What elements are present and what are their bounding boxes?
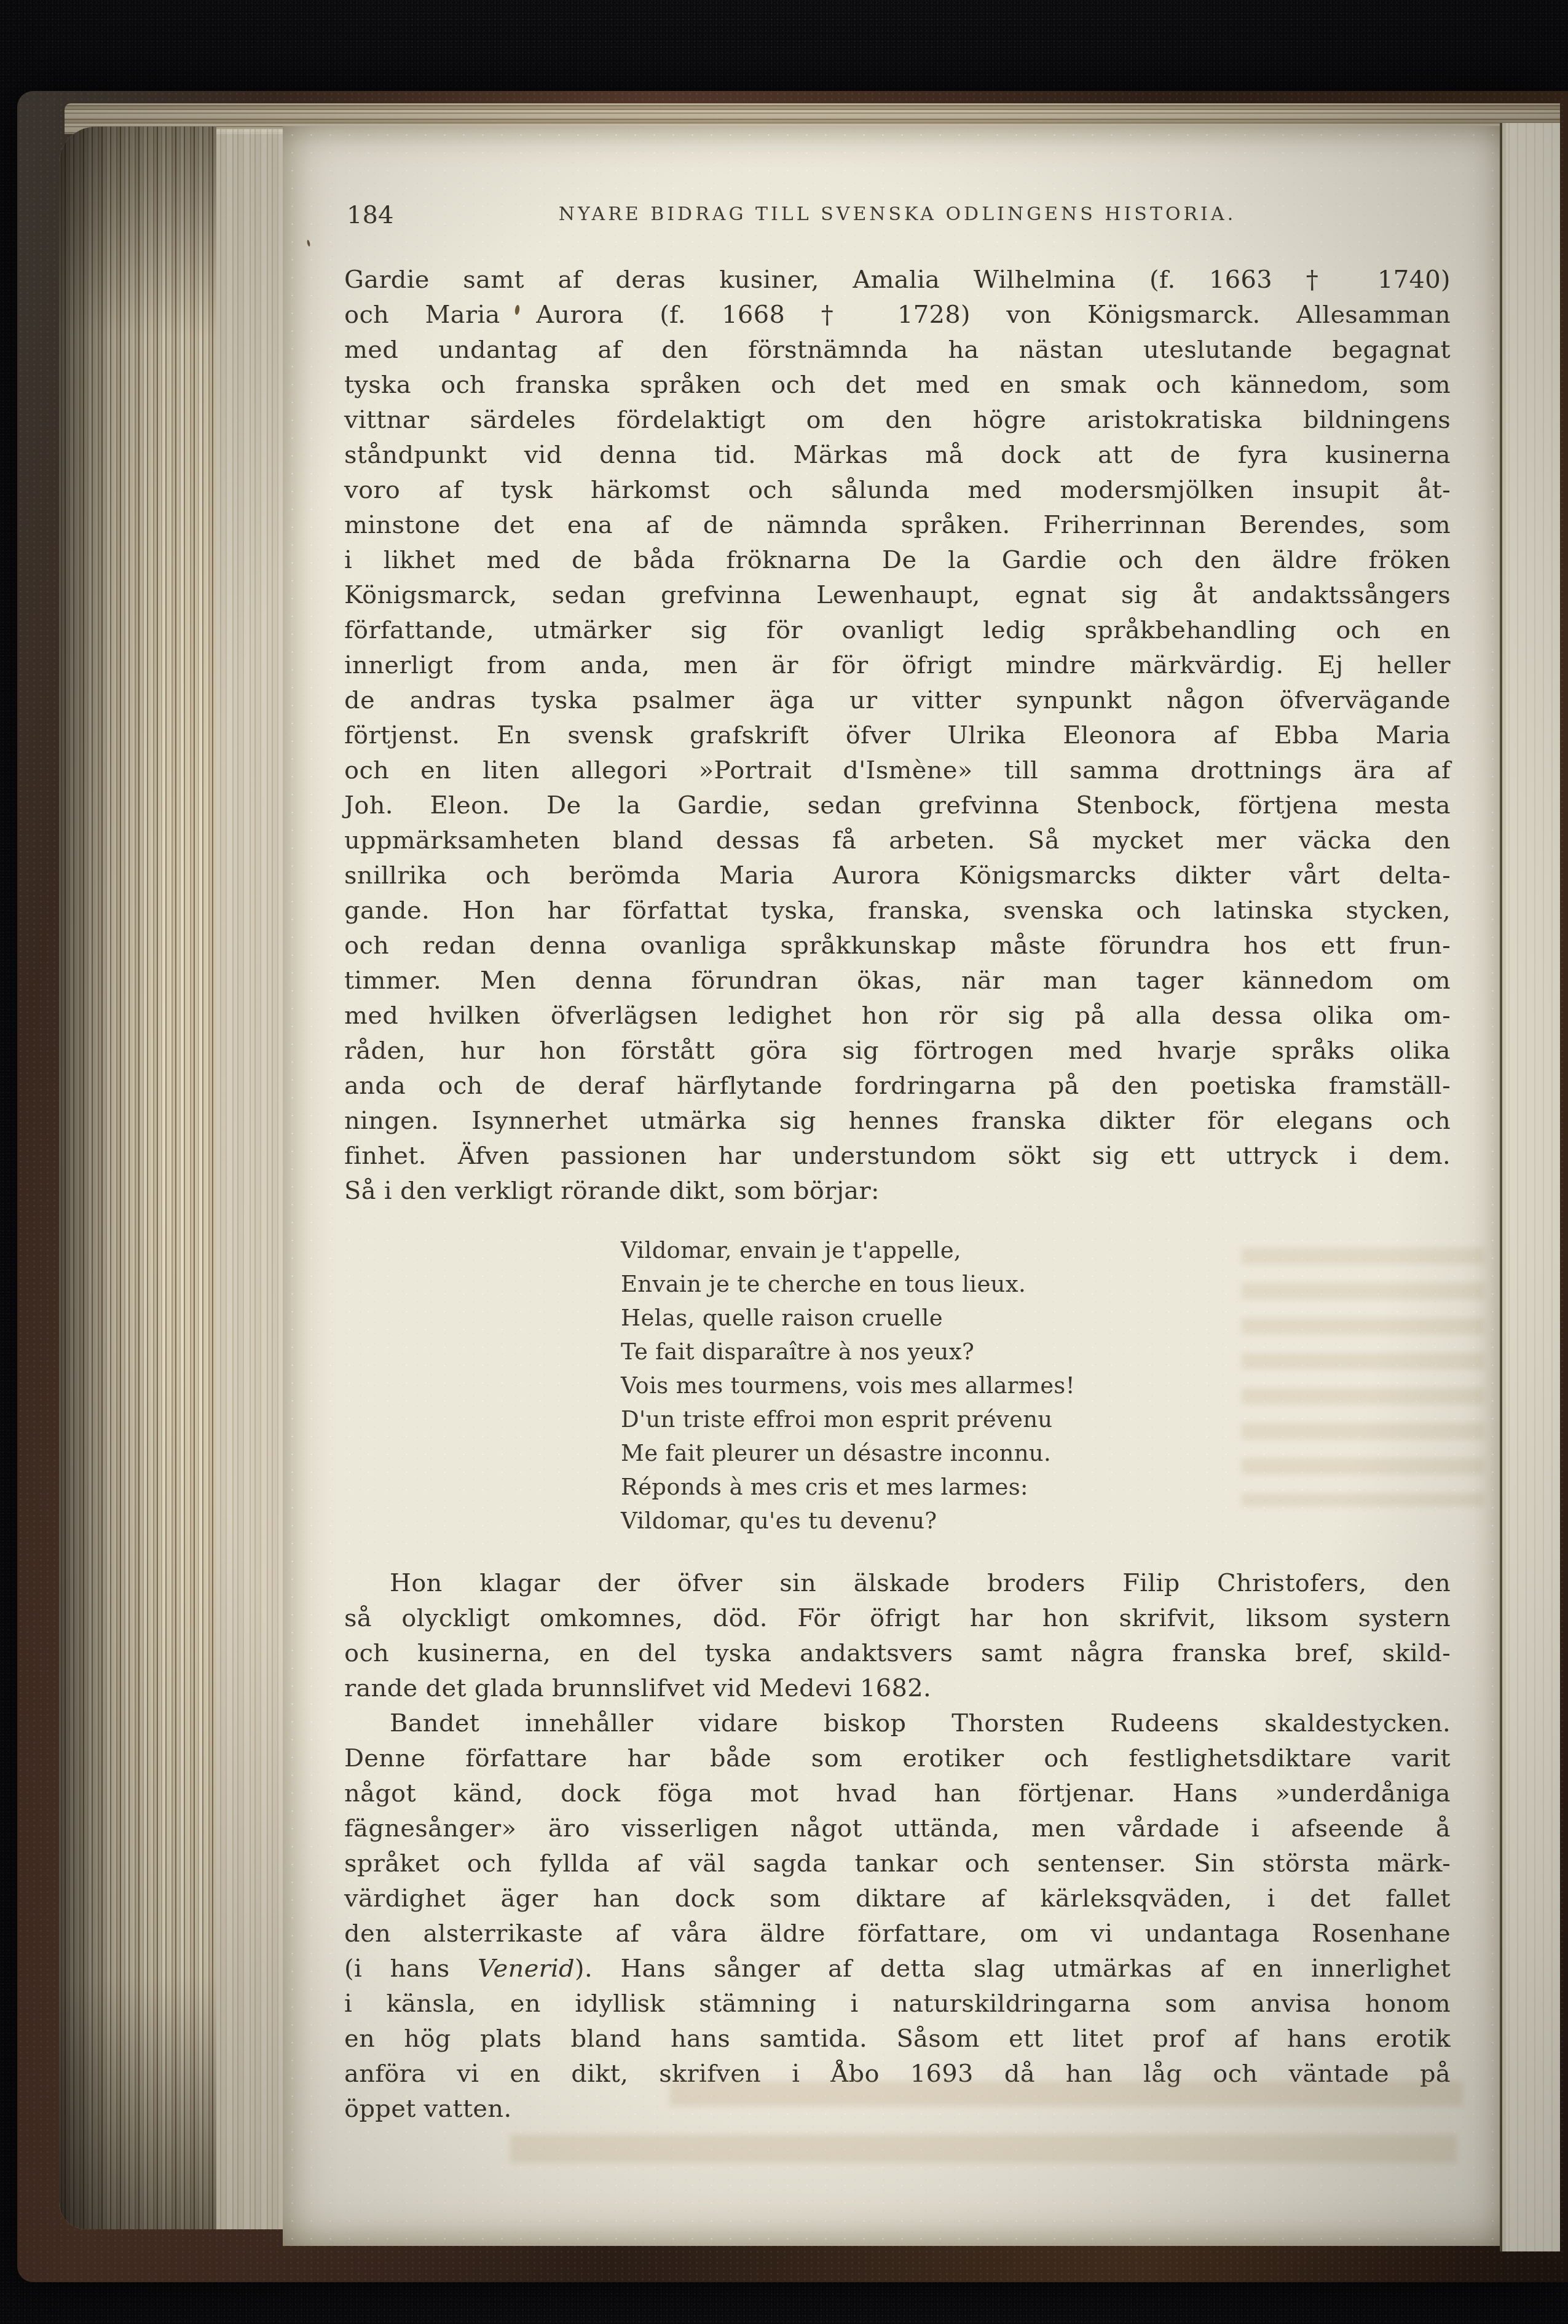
page-fore-edge-stack — [59, 127, 216, 2229]
text-line: voro af tysk härkomst och sålunda med mo… — [344, 473, 1451, 508]
text-line: och Maria Aurora (f. 1668 † 1728) von Kö… — [344, 298, 1451, 333]
text-line: uppmärksamheten bland dessas få arbeten.… — [344, 823, 1451, 858]
text-line: snillrika och berömda Maria Aurora König… — [344, 858, 1451, 893]
text-line: med undantag af den förstnämnda ha nästa… — [344, 333, 1451, 368]
text-line: Königsmarck, sedan grefvinna Lewenhaupt,… — [344, 578, 1451, 613]
book-page: 184 NYARE BIDRAG TILL SVENSKA ODLINGENS … — [283, 126, 1500, 2246]
verse-line: Réponds à mes cris et mes larmes: — [621, 1470, 1451, 1504]
text-line: Joh. Eleon. De la Gardie, sedan grefvinn… — [344, 788, 1451, 823]
facing-page-edge — [1500, 123, 1560, 2251]
verse-line: Envain je te cherche en tous lieux. — [621, 1267, 1451, 1301]
verse-line: D'un triste effroi mon esprit prévenu — [621, 1402, 1451, 1436]
page-fore-edge-inner — [216, 129, 284, 2229]
text-line: Bandet innehåller vidare biskop Thorsten… — [344, 1706, 1451, 1741]
text-line: och redan denna ovanliga språkkunskap må… — [344, 928, 1451, 963]
text-line: öppet vatten. — [344, 2092, 1451, 2127]
text-line: Hon klagar der öfver sin älskade broders… — [344, 1566, 1451, 1601]
text-line: i likhet med de båda fröknarna De la Gar… — [344, 543, 1451, 578]
verse-line: Vois mes tourmens, vois mes allarmes! — [621, 1369, 1451, 1402]
text-line: Denne författare har både som erotiker o… — [344, 1741, 1451, 1776]
text-line: författande, utmärker sig för ovanligt l… — [344, 613, 1451, 648]
running-title: NYARE BIDRAG TILL SVENSKA ODLINGENS HIST… — [344, 199, 1451, 225]
paragraph: Gardie samt af deras kusiner, Amalia Wil… — [344, 263, 1451, 1209]
poem: Vildomar, envain je t'appelle,Envain je … — [621, 1233, 1451, 1538]
text-line: Gardie samt af deras kusiner, Amalia Wil… — [344, 263, 1451, 298]
text-line: och kusinerna, en del tyska andaktsvers … — [344, 1636, 1451, 1671]
text-line: timmer. Men denna förundran ökas, när ma… — [344, 963, 1451, 998]
text-line: de andras tyska psalmer äga ur vitter sy… — [344, 683, 1451, 718]
text-line: vittnar särdeles fördelaktigt om den hög… — [344, 403, 1451, 438]
text-line: finhet. Äfven passionen har understundom… — [344, 1139, 1451, 1174]
verse-line: Vildomar, qu'es tu devenu? — [621, 1504, 1451, 1538]
photo-background: 184 NYARE BIDRAG TILL SVENSKA ODLINGENS … — [0, 0, 1568, 2324]
text-line: Så i den verkligt rörande dikt, som börj… — [344, 1174, 1451, 1209]
text-line: något känd, dock föga mot hvad han förtj… — [344, 1776, 1451, 1811]
verse-line: Vildomar, envain je t'appelle, — [621, 1233, 1451, 1267]
text-line: ningen. Isynnerhet utmärka sig hennes fr… — [344, 1104, 1451, 1139]
verse-line: Me fait pleurer un désastre inconnu. — [621, 1436, 1451, 1470]
verse-line: Helas, quelle raison cruelle — [621, 1301, 1451, 1335]
text-line: ståndpunkt vid denna tid. Märkas må dock… — [344, 438, 1451, 473]
text-line: så olyckligt omkomnes, död. För öfrigt h… — [344, 1601, 1451, 1636]
text-line: rande det glada brunnslifvet vid Medevi … — [344, 1671, 1451, 1706]
text-line: i känsla, en idyllisk stämning i natursk… — [344, 1986, 1451, 2022]
text-line: en hög plats bland hans samtida. Såsom e… — [344, 2022, 1451, 2057]
text-line: innerligt from anda, men är för öfrigt m… — [344, 648, 1451, 683]
page-header: 184 NYARE BIDRAG TILL SVENSKA ODLINGENS … — [344, 199, 1451, 231]
text-line: och en liten allegori »Portrait d'Ismène… — [344, 753, 1451, 788]
text-line: (i hans Venerid). Hans sånger af detta s… — [344, 1951, 1451, 1986]
text-line: med hvilken öfverlägsen ledighet hon rör… — [344, 998, 1451, 1034]
page-content: 184 NYARE BIDRAG TILL SVENSKA ODLINGENS … — [344, 126, 1451, 2127]
text-body: Gardie samt af deras kusiner, Amalia Wil… — [344, 263, 1451, 2127]
text-line: tyska och franska språken och det med en… — [344, 368, 1451, 403]
text-line: språket och fyllda af väl sagda tankar o… — [344, 1846, 1451, 1881]
text-line: förtjenst. En svensk grafskrift öfver Ul… — [344, 718, 1451, 753]
paragraph: Bandet innehåller vidare biskop Thorsten… — [344, 1706, 1451, 2127]
page-number: 184 — [347, 201, 393, 229]
text-line: anföra vi en dikt, skrifven i Åbo 1693 d… — [344, 2057, 1451, 2092]
paragraph: Hon klagar der öfver sin älskade broders… — [344, 1566, 1451, 1706]
text-line: minstone det ena af de nämnda språken. F… — [344, 508, 1451, 543]
text-line: gande. Hon har författat tyska, franska,… — [344, 893, 1451, 928]
text-line: fägnesånger» äro visserligen något uttän… — [344, 1811, 1451, 1846]
verse-line: Te fait disparaître à nos yeux? — [621, 1335, 1451, 1369]
text-line: värdighet äger han dock som diktare af k… — [344, 1881, 1451, 1916]
text-line: råden, hur hon förstått göra sig förtrog… — [344, 1034, 1451, 1069]
text-line: den alsterrikaste af våra äldre författa… — [344, 1916, 1451, 1951]
text-line: anda och de deraf härflytande fordringar… — [344, 1069, 1451, 1104]
